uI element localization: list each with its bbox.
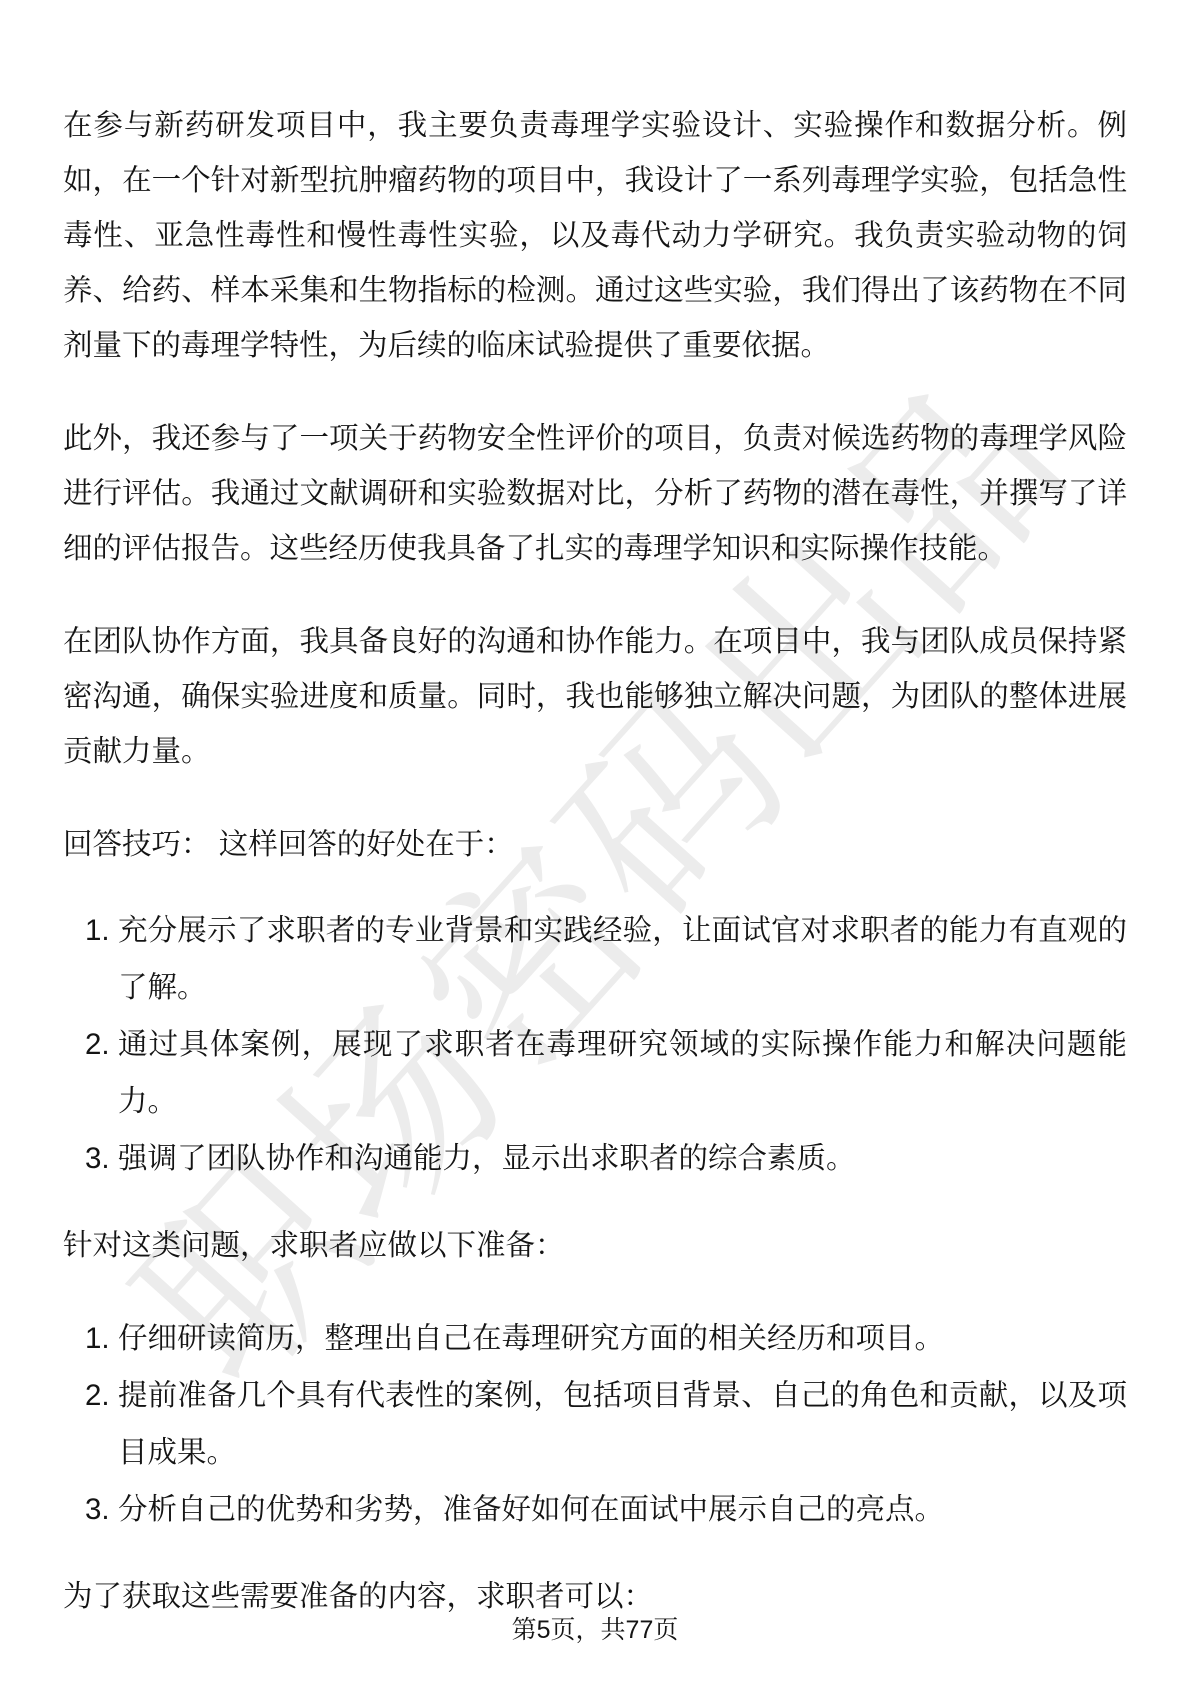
paragraph-teamwork: 在团队协作方面，我具备良好的沟通和协作能力。在项目中，我与团队成员保持紧密沟通，… [63,614,1127,779]
list-item-text: 通过具体案例，展现了求职者在毒理研究领域的实际操作能力和解决问题能力。 [118,1016,1127,1130]
answer-tips-heading: 回答技巧： 这样回答的好处在于： [63,817,1127,872]
list-item: 3. 强调了团队协作和沟通能力，显示出求职者的综合素质。 [85,1130,1127,1187]
preparation-heading: 针对这类问题，求职者应做以下准备： [63,1218,1127,1273]
list-item: 2. 提前准备几个具有代表性的案例，包括项目背景、自己的角色和贡献，以及项目成果… [85,1367,1127,1481]
paragraph-drug-development-experience: 在参与新药研发项目中，我主要负责毒理学实验设计、实验操作和数据分析。例如，在一个… [63,98,1127,373]
list-item-number: 3. [85,1130,118,1187]
document-page: 职场密码出品 在参与新药研发项目中，我主要负责毒理学实验设计、实验操作和数据分析… [0,0,1190,1684]
preparation-list: 1. 仔细研读简历，整理出自己在毒理研究方面的相关经历和项目。 2. 提前准备几… [63,1310,1127,1538]
list-item-text: 充分展示了求职者的专业背景和实践经验，让面试官对求职者的能力有直观的了解。 [118,902,1127,1016]
list-item-number: 2. [85,1367,118,1424]
page-number-indicator: 第5页，共77页 [512,1616,679,1644]
list-item-number: 1. [85,1310,118,1367]
page-footer: 第5页，共77页 [0,1613,1190,1648]
list-item-text: 分析自己的优势和劣势，准备好如何在面试中展示自己的亮点。 [118,1481,1127,1538]
list-item-text: 强调了团队协作和沟通能力，显示出求职者的综合素质。 [118,1130,1127,1187]
page-content: 在参与新药研发项目中，我主要负责毒理学实验设计、实验操作和数据分析。例如，在一个… [0,0,1190,1624]
benefits-list: 1. 充分展示了求职者的专业背景和实践经验，让面试官对求职者的能力有直观的了解。… [63,902,1127,1187]
list-item-text: 仔细研读简历，整理出自己在毒理研究方面的相关经历和项目。 [118,1310,1127,1367]
list-item-number: 2. [85,1016,118,1073]
list-item: 3. 分析自己的优势和劣势，准备好如何在面试中展示自己的亮点。 [85,1481,1127,1538]
paragraph-safety-evaluation-project: 此外，我还参与了一项关于药物安全性评价的项目，负责对候选药物的毒理学风险进行评估… [63,411,1127,576]
list-item: 1. 充分展示了求职者的专业背景和实践经验，让面试官对求职者的能力有直观的了解。 [85,902,1127,1016]
list-item-text: 提前准备几个具有代表性的案例，包括项目背景、自己的角色和贡献，以及项目成果。 [118,1367,1127,1481]
list-item: 1. 仔细研读简历，整理出自己在毒理研究方面的相关经历和项目。 [85,1310,1127,1367]
list-item: 2. 通过具体案例，展现了求职者在毒理研究领域的实际操作能力和解决问题能力。 [85,1016,1127,1130]
list-item-number: 3. [85,1481,118,1538]
list-item-number: 1. [85,902,118,959]
